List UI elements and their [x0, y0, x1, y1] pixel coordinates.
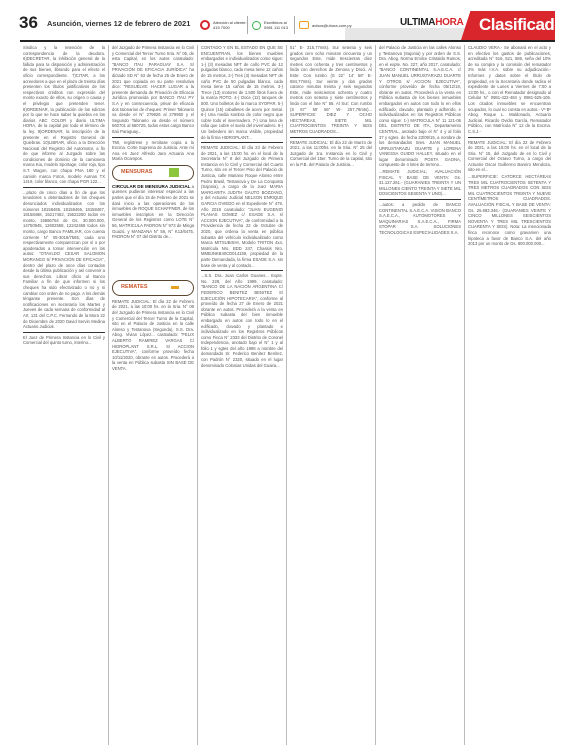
notice-text: REMATE JUDICIAL: El día 22 de Marzo de 2… — [290, 140, 372, 168]
header-rule — [20, 40, 555, 42]
notice-text: El Juez de Primera Instancia en lo Civil… — [23, 335, 105, 346]
gavel-icon — [171, 286, 179, 289]
column-4: 51° E- 315,77mts). Sur setenta y seis gr… — [287, 45, 376, 745]
column-3: CONTADO Y EN EL ESTADO EN QUE SE ENCUENT… — [198, 45, 287, 745]
notice-text: REMATE JUDICIAL: El día 22 de Febrero de… — [112, 299, 194, 372]
notice-text: ...plazo de cinco días a fin de que los … — [23, 190, 105, 330]
notice-text: REMATE JUDICIAL: El día 23 de Febrero de… — [201, 145, 283, 268]
notice-text: REMATE JUDICIAL: El día 22 de Febrero de… — [468, 140, 551, 174]
divider — [23, 332, 105, 333]
divider — [112, 137, 194, 138]
phone-icon — [200, 20, 210, 30]
whatsapp-icon — [252, 21, 261, 30]
divider — [290, 137, 372, 138]
section-header-mensuras: MENSURAS — [112, 165, 194, 181]
section-title: Clasificados — [479, 15, 573, 35]
notice-text: del Juzgado de Primera Instancia en lo C… — [112, 45, 194, 135]
classifieds-columns: Sindica y la retención de la corresponde… — [20, 45, 555, 745]
notice-text: ...REMATE JUDICIAL; AVALUACIÓN FISCAL Y … — [379, 169, 461, 197]
column-6: CLAUDIO VERA.- Se abonará en el acto y e… — [465, 45, 554, 745]
contact-value: avisos@uhora.com.py — [312, 23, 352, 28]
notice-text: 51° E- 315,77mts). Sur setenta y seis gr… — [290, 45, 372, 135]
divider — [201, 270, 283, 271]
notice-title: CIRCULAR DE MENSURA JUDICIAL — [112, 184, 190, 189]
page-header: 36 Asunción, viernes 12 de febrero de 20… — [0, 0, 580, 40]
column-2: del Juzgado de Primera Instancia en lo C… — [109, 45, 198, 745]
brand-part-1: ULTIMA — [400, 17, 435, 28]
mail-icon — [299, 21, 309, 29]
column-5: del Palacio de Justicia en las calles Al… — [376, 45, 465, 745]
contact-phone: Atención al cliente:415 7000 — [200, 16, 247, 34]
notice-text: ...S.S. Dra. Juan Carlos Guanes... Expte… — [201, 273, 283, 368]
section-banner: Clasificados — [461, 11, 555, 40]
notice-text: CONTADO Y EN EL ESTADO EN QUE SE ENCUENT… — [201, 45, 283, 140]
divider — [23, 187, 105, 188]
brand-logo: ULTIMAHORA — [400, 17, 463, 28]
notice-text: CLAUDIO VERA.- Se abonará en el acto y e… — [468, 45, 551, 135]
notice-text: del Palacio de Justicia en las calles Al… — [379, 45, 461, 168]
notice-text: a quienes pudieran interesar especial a … — [112, 184, 194, 239]
contact-value: 415 7000 — [213, 25, 230, 30]
divider — [468, 137, 551, 138]
section-label: MENSURAS — [121, 170, 152, 176]
dateline: Asunción, viernes 12 de febrero de 2021 — [47, 19, 190, 28]
notice-text: ...autos: a pedido de BANCO CONTINENTAL … — [379, 202, 461, 236]
section-header-remates: REMATES — [112, 280, 194, 296]
contact-email: avisos@uhora.com.py — [294, 16, 352, 34]
column-1: Sindica y la retención de la corresponde… — [20, 45, 109, 745]
divider — [379, 199, 461, 200]
divider — [201, 142, 283, 143]
contact-value: 0981 111 013 — [264, 25, 288, 30]
section-label: REMATES — [121, 285, 147, 291]
notice-text: ...SUPERFICIE: CATORCE HECTÁREAS TRES MI… — [468, 174, 551, 247]
notice-text: TMI, regístrese y remítase copia a la Ex… — [112, 140, 194, 162]
map-icon — [169, 168, 179, 177]
page-number: 36 — [19, 13, 38, 33]
notice-text: Sindica y la retención de la corresponde… — [23, 45, 105, 185]
contact-whatsapp: Escribinos al0981 111 013 — [247, 16, 288, 34]
brand-part-2: HORA — [435, 17, 463, 28]
